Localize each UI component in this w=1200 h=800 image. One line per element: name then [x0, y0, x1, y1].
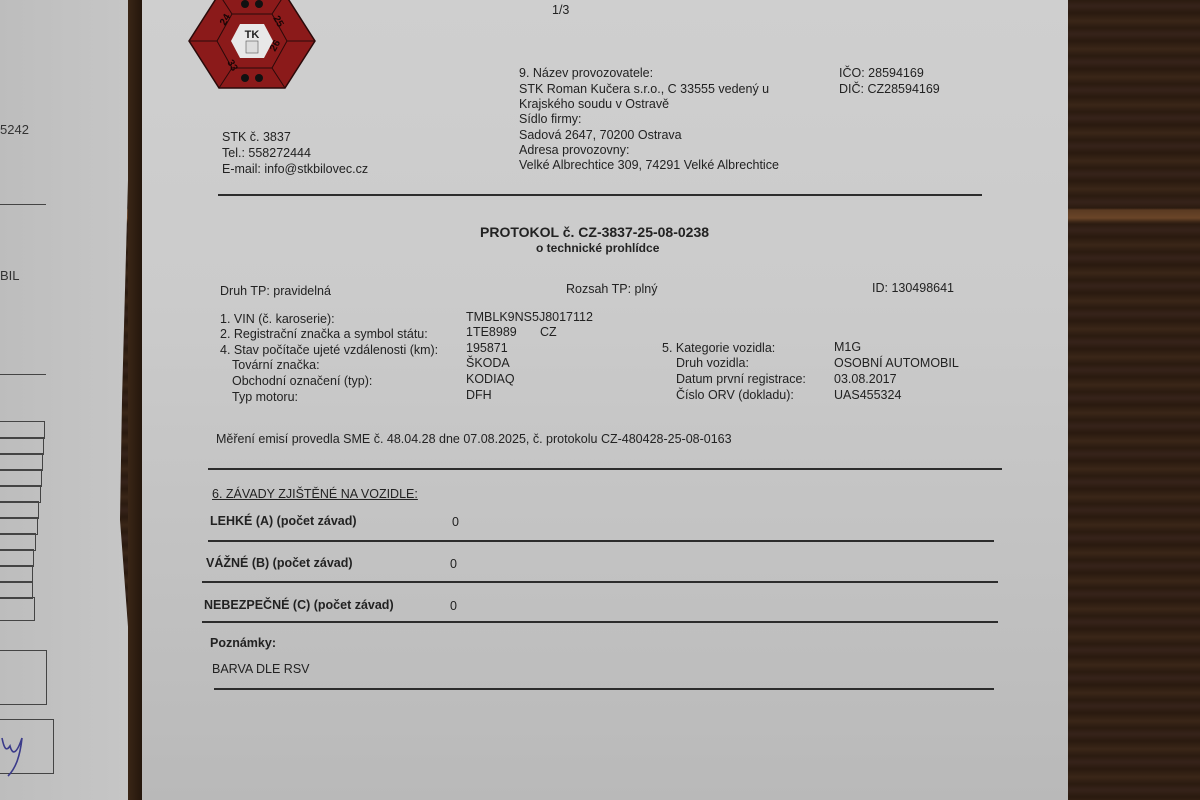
- notes-text: BARVA DLE RSV: [212, 662, 310, 676]
- field-label: Obchodní označení (typ):: [232, 374, 372, 388]
- protocol-title: PROTOKOL č. CZ-3837-25-08-0238: [480, 224, 709, 240]
- defect-count-dangerous: 0: [450, 599, 457, 613]
- row-divider: [202, 581, 998, 583]
- field-label: Typ motoru:: [232, 390, 298, 404]
- seat-address: Sadová 2647, 70200 Ostrava: [519, 128, 682, 142]
- left-partial-document: 5242 BIL: [0, 0, 128, 800]
- left-field-box: [0, 650, 47, 705]
- field-value-plate: 1TE8989: [466, 325, 517, 339]
- ico: IČO: 28594169: [839, 66, 924, 80]
- defect-label-dangerous: NEBEZPEČNÉ (C) (počet závad): [204, 598, 394, 612]
- row-divider: [208, 540, 994, 542]
- field-label: 2. Registrační značka a symbol státu:: [220, 327, 428, 341]
- field-value-odometer: 195871: [466, 341, 508, 355]
- field-label: Druh vozidla:: [676, 356, 749, 370]
- svg-text:TK: TK: [245, 29, 260, 41]
- protocol-subtitle: o technické prohlídce: [536, 241, 659, 255]
- operator-court: Krajského soudu v Ostravě: [519, 97, 669, 111]
- stk-hexagon-logo-icon: TK 24 25 33 26: [187, 0, 317, 90]
- field-value-vin: TMBLK9NS5J8017112: [466, 310, 593, 324]
- field-label: Číslo ORV (dokladu):: [676, 388, 794, 402]
- field-label: Tovární značka:: [232, 358, 320, 372]
- inspection-protocol-document: TK 24 25 33 26 1/3 STK č. 3837 Tel.: 558…: [142, 0, 1068, 800]
- defect-count-minor: 0: [452, 515, 459, 529]
- station-phone: Tel.: 558272444: [222, 146, 311, 160]
- field-value-model: KODIAQ: [466, 372, 515, 386]
- field-value-vehicle-type: OSOBNÍ AUTOMOBIL: [834, 356, 959, 370]
- left-fragment-number: 5242: [0, 122, 29, 137]
- left-fragment-text: BIL: [0, 268, 20, 283]
- emissions-statement: Měření emisí provedla SME č. 48.04.28 dn…: [216, 432, 732, 446]
- station-email: E-mail: info@stkbilovec.cz: [222, 162, 368, 176]
- defect-count-major: 0: [450, 557, 457, 571]
- page-indicator: 1/3: [552, 3, 569, 17]
- field-label: 5. Kategorie vozidla:: [662, 341, 775, 355]
- inspection-type: Druh TP: pravidelná: [220, 284, 331, 298]
- site-address: Velké Albrechtice 309, 74291 Velké Albre…: [519, 158, 779, 172]
- operator-name: STK Roman Kučera s.r.o., C 33555 vedený …: [519, 82, 769, 96]
- paper-gap: [128, 0, 142, 800]
- field-value-make: ŠKODA: [466, 356, 510, 370]
- defect-label-major: VÁŽNÉ (B) (počet závad): [206, 556, 353, 570]
- field-label: 4. Stav počítače ujeté vzdálenosti (km):: [220, 343, 438, 357]
- emissions-divider: [208, 468, 1002, 470]
- field-label: Datum první registrace:: [676, 372, 806, 386]
- row-divider: [202, 621, 998, 623]
- signature-scribble-icon: [0, 728, 30, 778]
- field-value-orv-number: UAS455324: [834, 388, 901, 402]
- field-label: 1. VIN (č. karoserie):: [220, 312, 335, 326]
- divider: [0, 374, 46, 375]
- dic: DIČ: CZ28594169: [839, 82, 940, 96]
- seat-label: Sídlo firmy:: [519, 112, 582, 126]
- notes-divider: [214, 688, 994, 690]
- header-divider: [218, 194, 982, 196]
- defect-label-minor: LEHKÉ (A) (počet závad): [210, 514, 357, 528]
- field-value-country: CZ: [540, 325, 557, 339]
- divider: [0, 204, 46, 205]
- operator-label: 9. Název provozovatele:: [519, 66, 653, 80]
- protocol-id: ID: 130498641: [872, 281, 954, 295]
- defects-heading: 6. ZÁVADY ZJIŠTĚNÉ NA VOZIDLE:: [212, 487, 418, 501]
- field-value-engine: DFH: [466, 388, 492, 402]
- station-number: STK č. 3837: [222, 130, 291, 144]
- field-value-category: M1G: [834, 340, 861, 354]
- site-label: Adresa provozovny:: [519, 143, 629, 157]
- inspection-scope: Rozsah TP: plný: [566, 282, 657, 296]
- notes-label: Poznámky:: [210, 636, 276, 650]
- field-value-first-registration: 03.08.2017: [834, 372, 897, 386]
